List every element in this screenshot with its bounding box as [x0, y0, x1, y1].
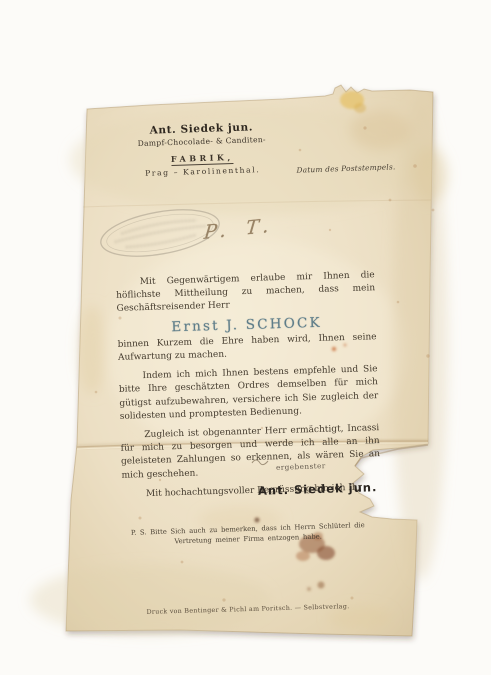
paragraph-1: Mit Gegenwärtigem erlaube mir Ihnen die … — [116, 269, 376, 316]
company-fabrik-line: FABRIK, — [171, 152, 234, 166]
letterhead: Ant. Siedek jun. Dampf-Chocolade- & Cand… — [113, 120, 291, 179]
scanned-letter: Ant. Siedek jun. Dampf-Chocolade- & Cand… — [0, 0, 491, 675]
paragraph-2: Indem ich mich Ihnen bestens empfehle un… — [118, 363, 378, 423]
valediction: ergebenster — [276, 461, 326, 472]
paragraph-1-continued: binnen Kurzem die Ehre haben wird, Ihnen… — [117, 331, 377, 365]
letter-body: Mit Gegenwärtigem erlaube mir Ihnen die … — [116, 269, 382, 508]
paragraph-3: Zugleich ist obgenannter Herr ermächtigt… — [120, 422, 380, 482]
